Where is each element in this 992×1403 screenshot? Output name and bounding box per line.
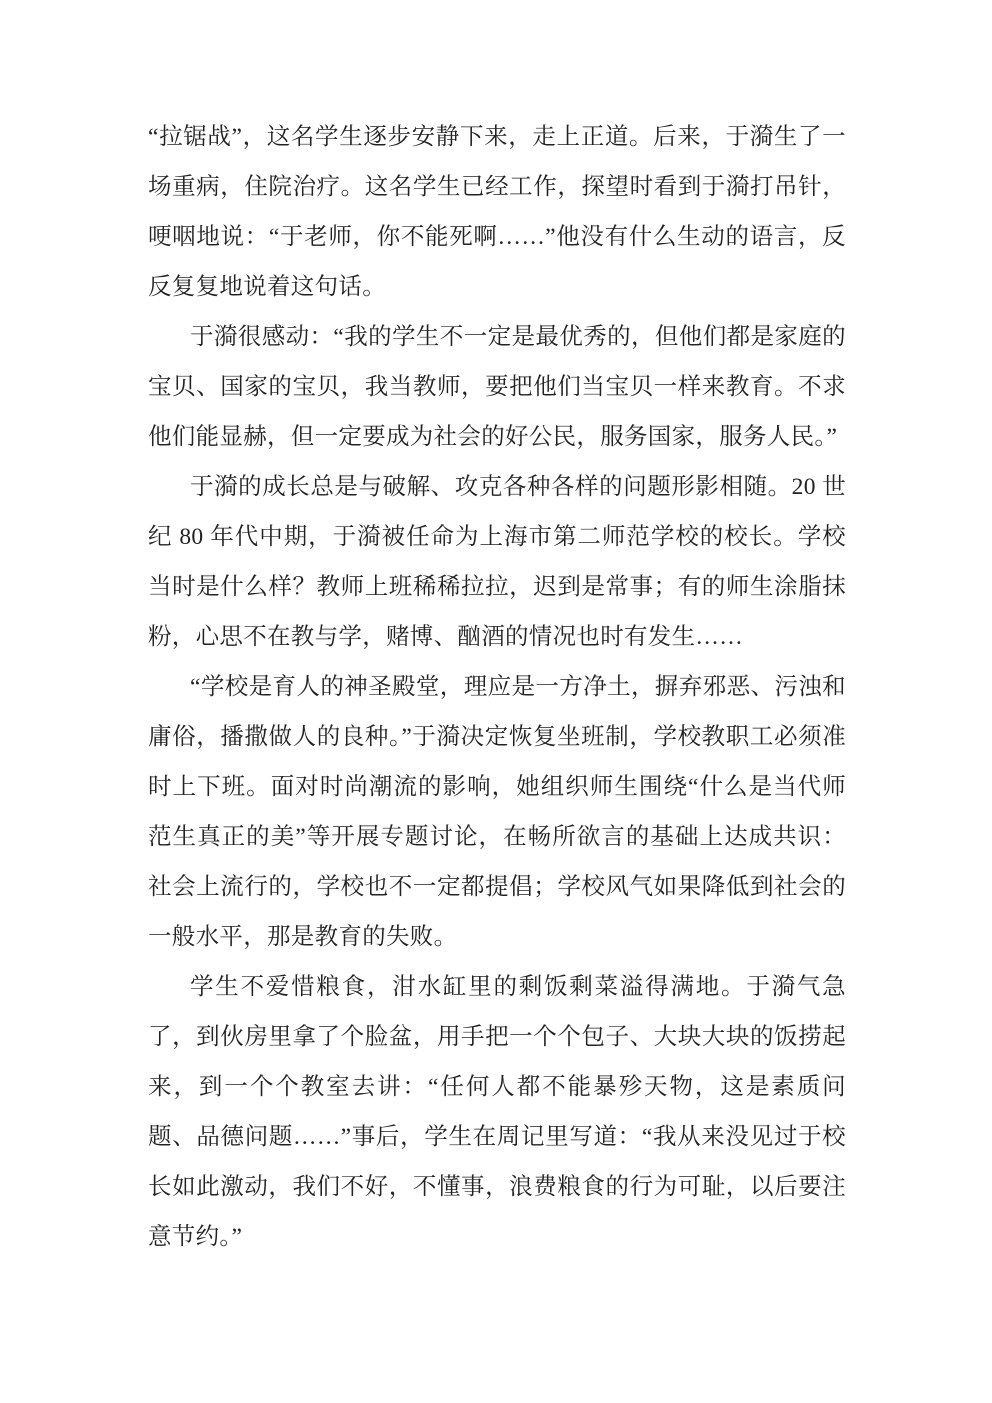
paragraph-5: 学生不爱惜粮食，泔水缸里的剩饭剩菜溢得满地。于漪气急了，到伙房里拿了个脸盆，用手… [148,962,846,1262]
paragraph-3: 于漪的成长总是与破解、攻克各种各样的问题形影相随。20 世纪 80 年代中期，于… [148,462,846,662]
paragraph-1: “拉锯战”，这名学生逐步安静下来，走上正道。后来，于漪生了一场重病，住院治疗。这… [148,112,846,312]
paragraph-4: “学校是育人的神圣殿堂，理应是一方净土，摒弃邪恶、污浊和庸俗，播撒做人的良种。”… [148,662,846,962]
paragraph-2: 于漪很感动：“我的学生不一定是最优秀的，但他们都是家庭的宝贝、国家的宝贝，我当教… [148,312,846,462]
document-page: “拉锯战”，这名学生逐步安静下来，走上正道。后来，于漪生了一场重病，住院治疗。这… [0,0,992,1403]
